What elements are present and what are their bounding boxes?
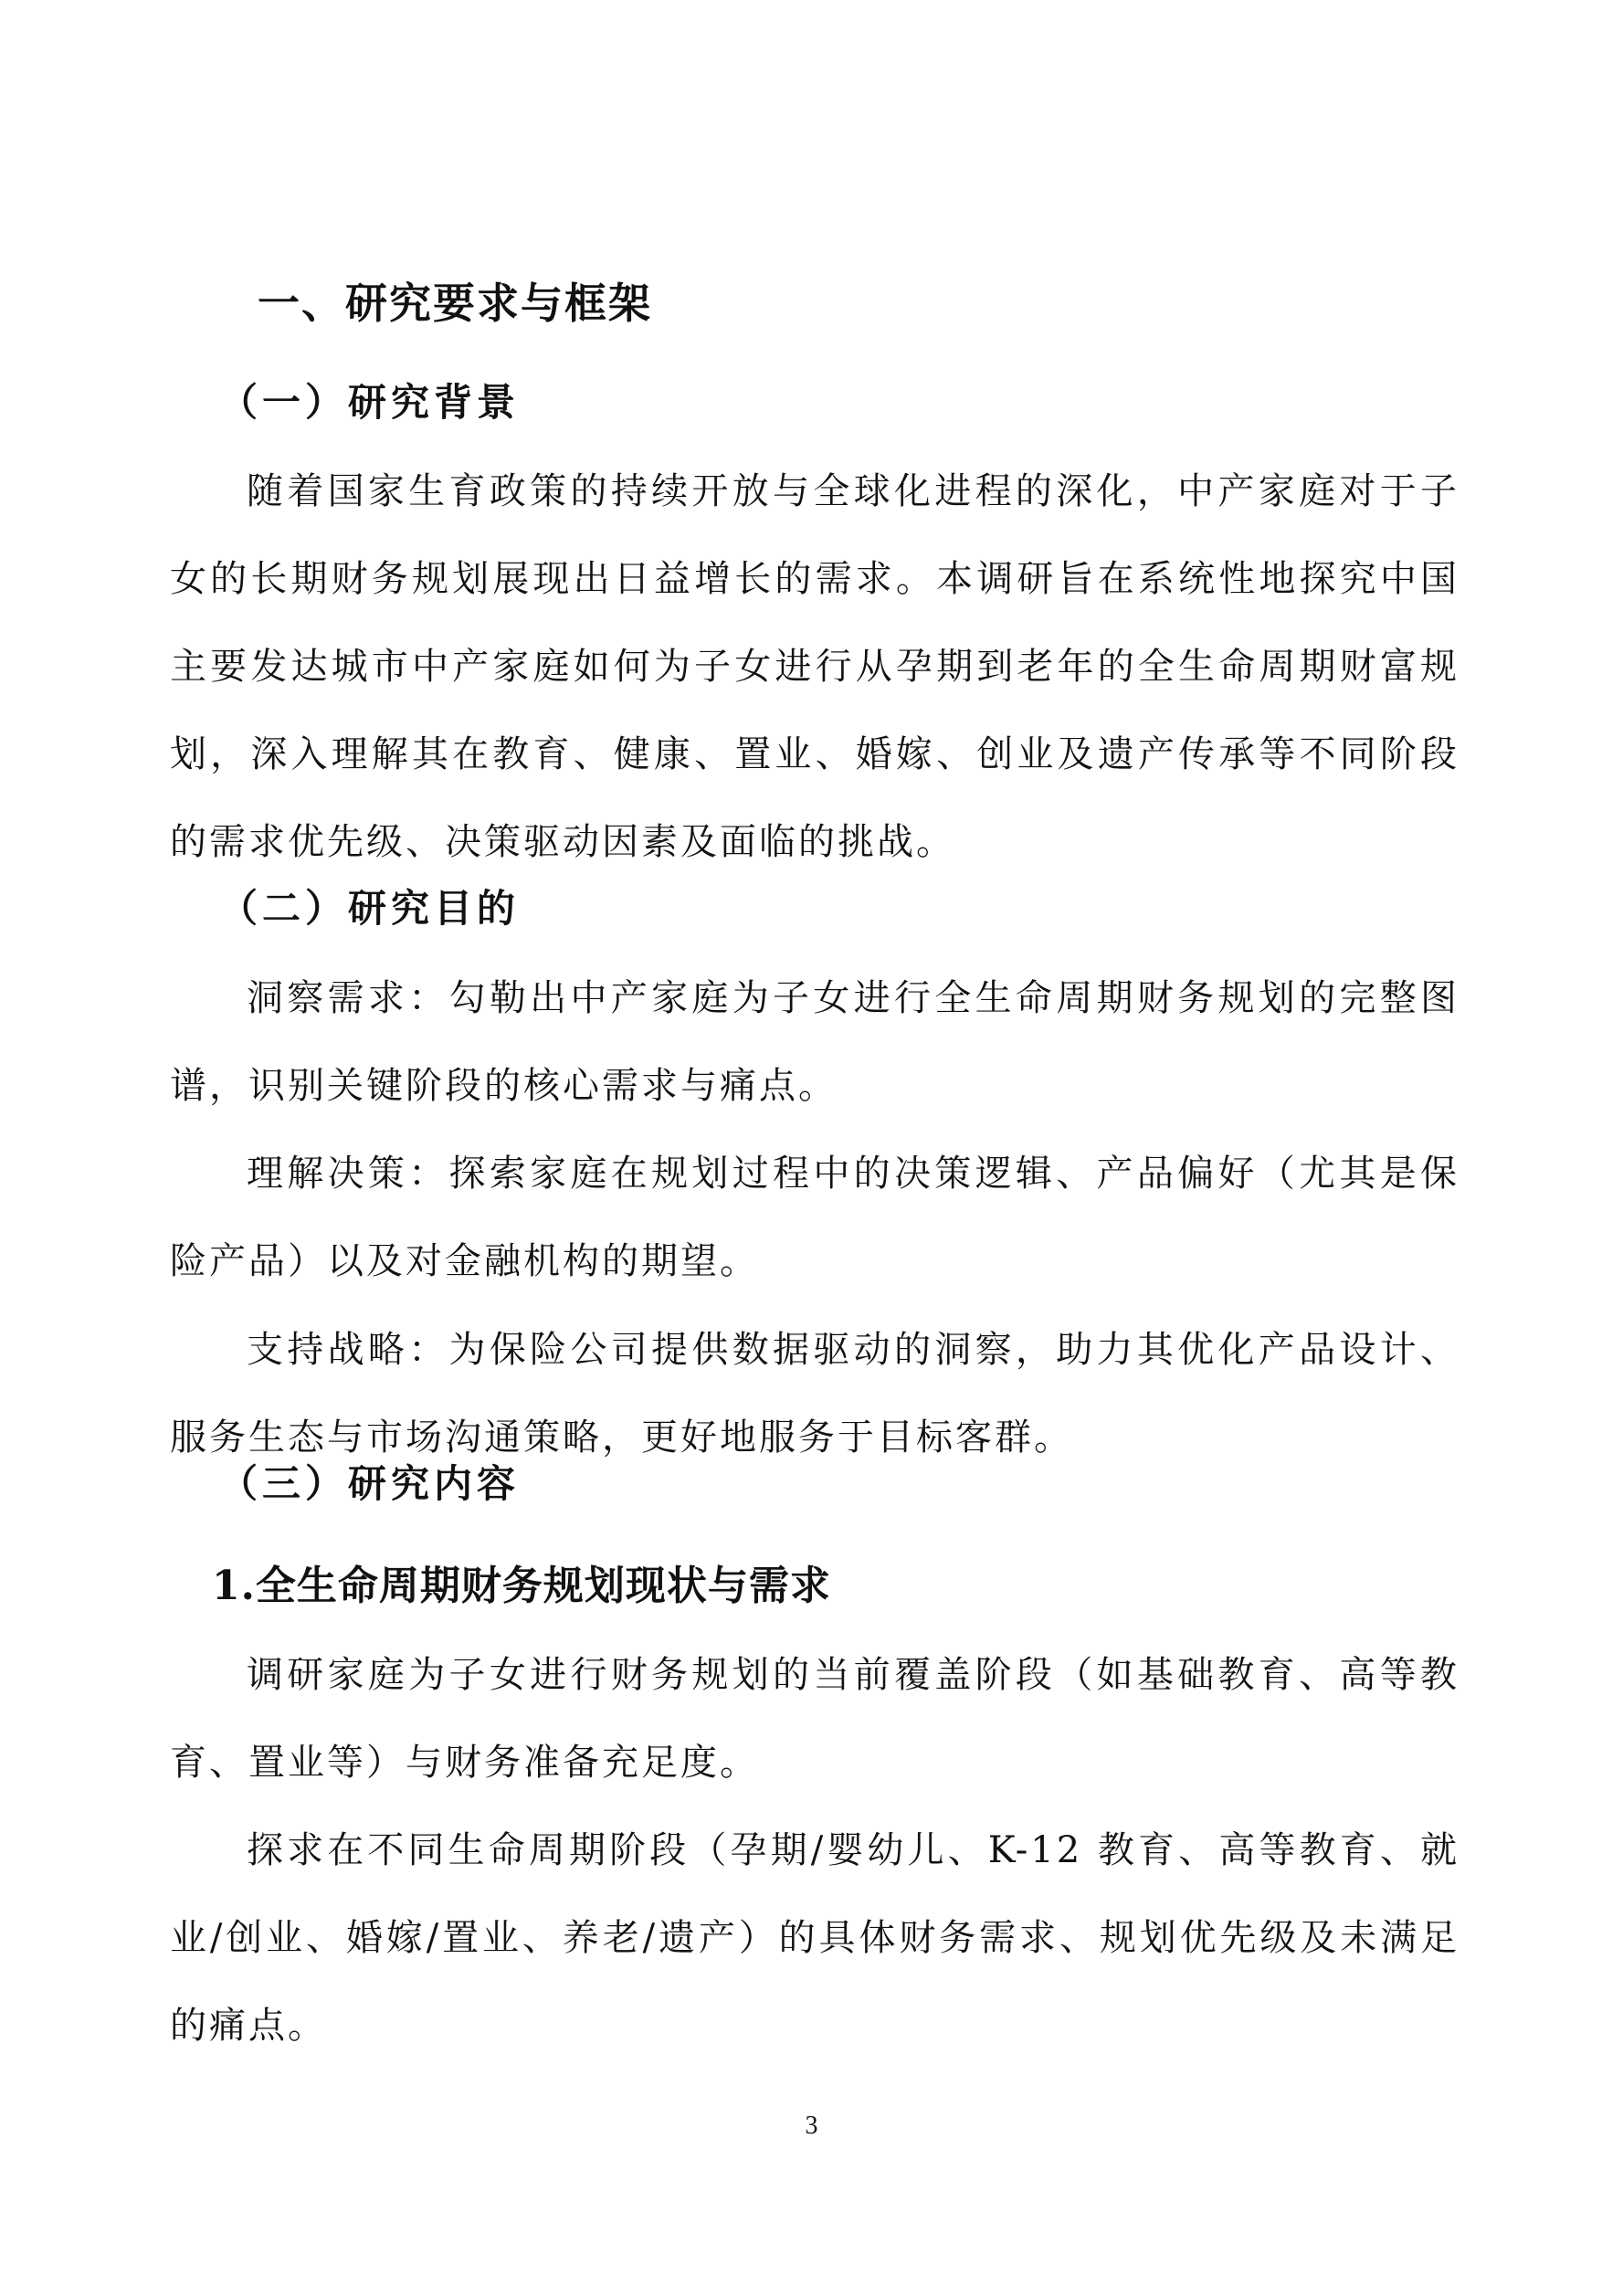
- subsection-heading-content: （三）研究内容: [219, 1454, 520, 1509]
- paragraph-content-lifecycle-needs: 探求在不同生命周期阶段（孕期/婴幼儿、K-12 教育、高等教育、就业/创业、婚嫁…: [170, 1806, 1460, 2070]
- paragraph-background: 随着国家生育政策的持续开放与全球化进程的深化，中产家庭对于子女的长期财务规划展现…: [170, 448, 1460, 886]
- section-title: 一、研究要求与框架: [258, 270, 652, 331]
- content-item-heading-1: 1.全生命周期财务规划现状与需求: [212, 1553, 831, 1611]
- paragraph-content-current-status: 调研家庭为子女进行财务规划的当前覆盖阶段（如基础教育、高等教育、置业等）与财务准…: [170, 1631, 1460, 1806]
- subsection-heading-background: （一）研究背景: [219, 373, 520, 427]
- subsection-heading-purpose: （二）研究目的: [219, 879, 520, 933]
- paragraph-purpose-insight: 洞察需求：勾勒出中产家庭为子女进行全生命周期财务规划的完整图谱，识别关键阶段的核…: [170, 954, 1460, 1130]
- paragraph-purpose-decision: 理解决策：探索家庭在规划过程中的决策逻辑、产品偏好（尤其是保险产品）以及对金融机…: [170, 1130, 1460, 1305]
- document-page: 一、研究要求与框架 （一）研究背景 随着国家生育政策的持续开放与全球化进程的深化…: [0, 0, 1623, 2296]
- page-number: 3: [0, 2112, 1623, 2141]
